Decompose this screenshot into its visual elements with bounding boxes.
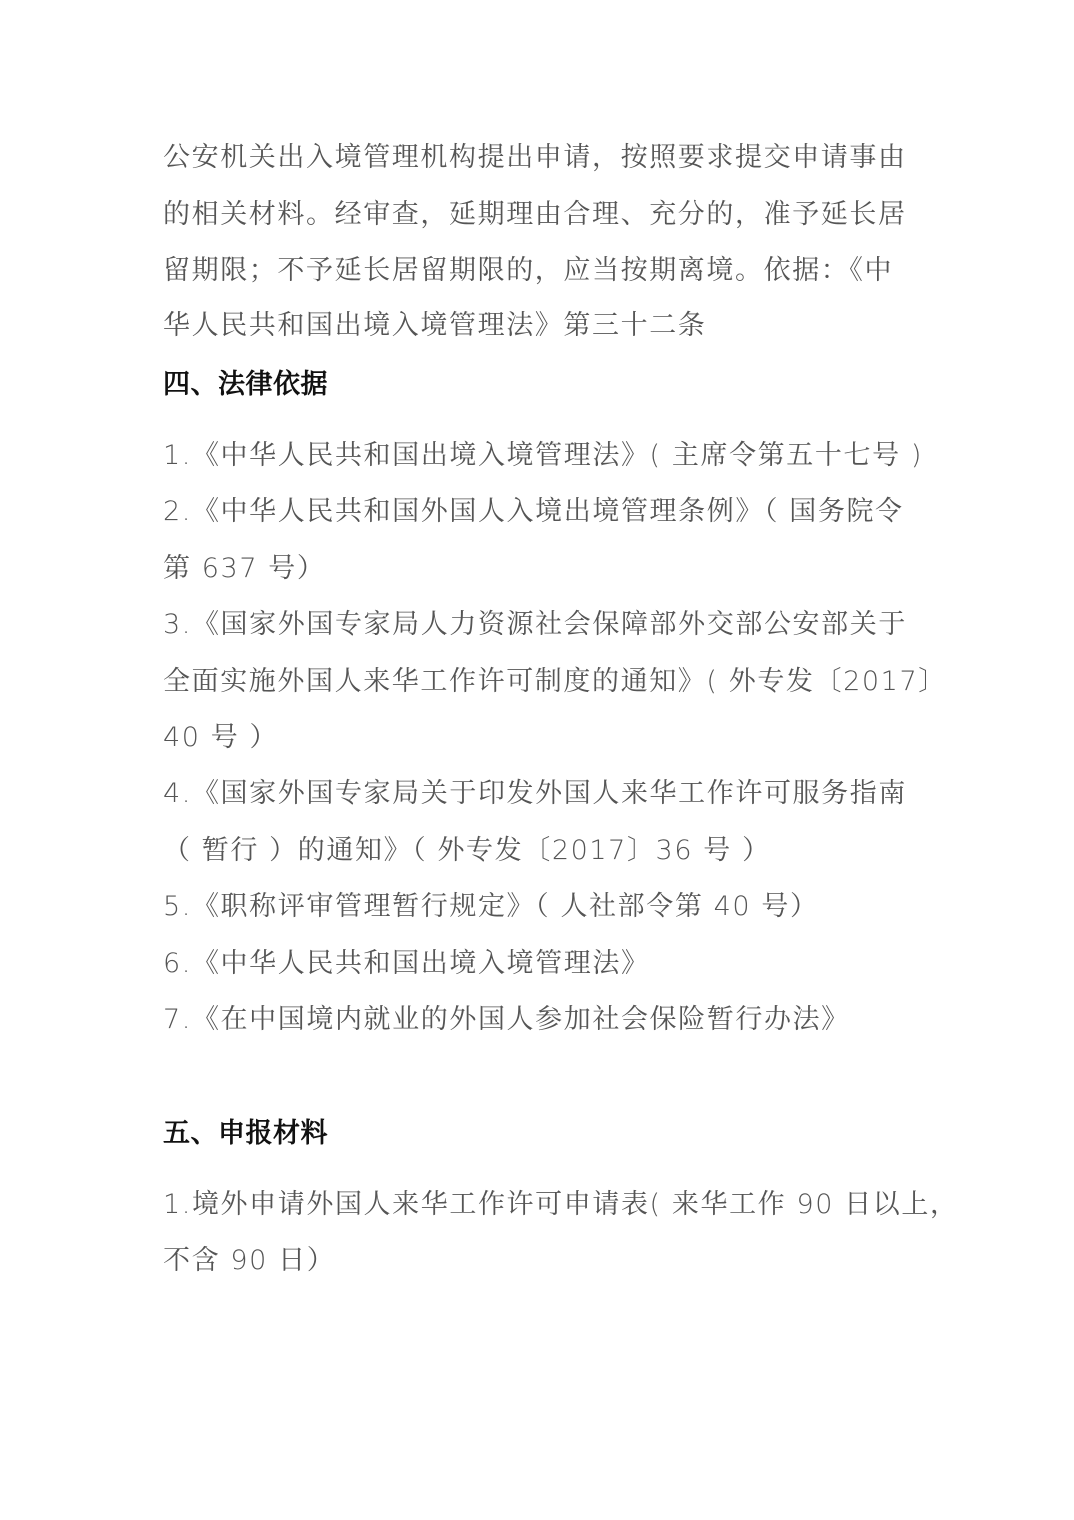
list-item-line: 7.《在中国境内就业的外国人参加社会保险暂行办法》 <box>163 1002 850 1038</box>
list-item-line: 全面实施外国人来华工作许可制度的通知》( 外专发〔2017〕 <box>163 664 947 700</box>
list-item-line: 5.《职称评审管理暂行规定》（ 人社部令第 40 号） <box>163 889 819 925</box>
paragraph-line: 留期限；不予延长居留期限的，应当按期离境。依据：《中 <box>163 253 893 289</box>
paragraph-line: 的相关材料。经审查，延期理由合理、充分的，准予延长居 <box>163 197 907 233</box>
list-item-line: （ 暂行 ）的通知》（ 外专发〔2017〕36 号 ） <box>163 833 771 869</box>
list-item-line: 1.境外申请外国人来华工作许可申请表( 来华工作 90 日以上， <box>163 1187 959 1223</box>
list-item-line: 不含 90 日） <box>163 1243 335 1279</box>
list-item-line: 40 号 ） <box>163 720 278 756</box>
paragraph-line: 华人民共和国出境入境管理法》第三十二条 <box>163 308 706 344</box>
list-item-line: 1.《中华人民共和国出境入境管理法》( 主席令第五十七号 ) <box>163 438 923 474</box>
list-item-line: 第 637 号） <box>163 551 326 587</box>
paragraph-line: 公安机关出入境管理机构提出申请，按照要求提交申请事由 <box>163 140 907 176</box>
list-item-line: 2.《中华人民共和国外国人入境出境管理条例》（ 国务院令 <box>163 494 904 530</box>
list-item-line: 4.《国家外国专家局关于印发外国人来华工作许可服务指南 <box>163 776 907 812</box>
list-item-line: 3.《国家外国专家局人力资源社会保障部外交部公安部关于 <box>163 607 907 643</box>
section-heading: 四、法律依据 <box>163 367 328 403</box>
section-heading: 五、申报材料 <box>163 1116 328 1152</box>
list-item-line: 6.《中华人民共和国出境入境管理法》 <box>163 946 650 982</box>
